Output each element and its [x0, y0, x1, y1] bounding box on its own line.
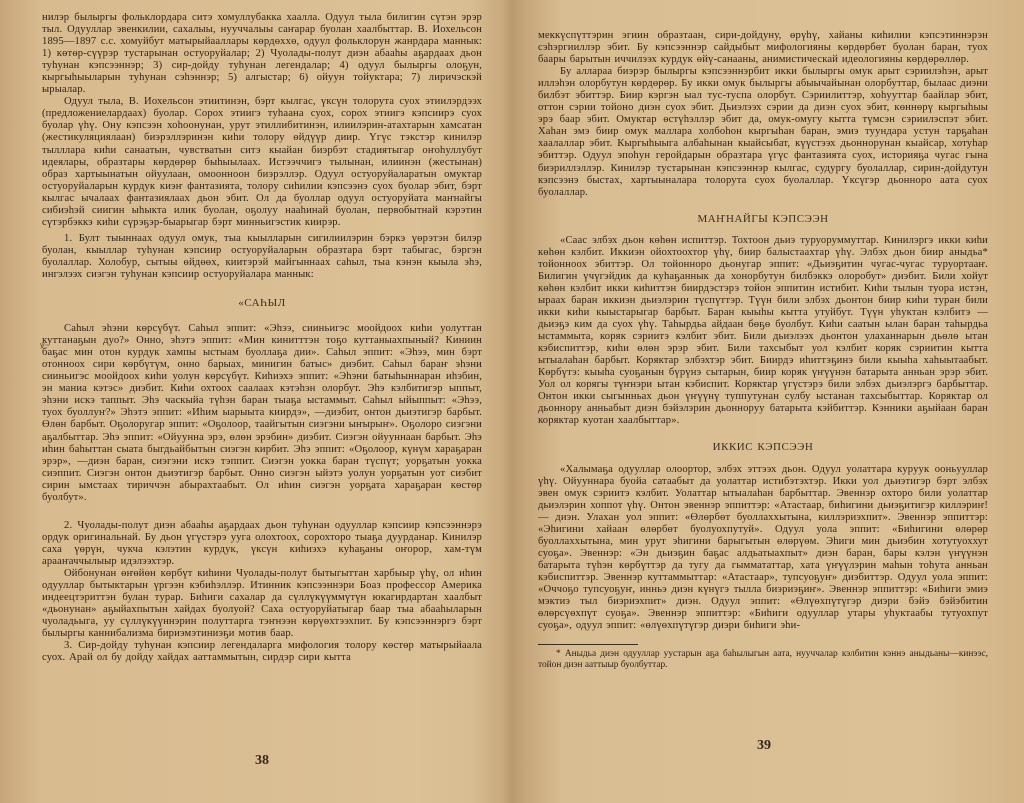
paragraph: 3. Сир-дойду туһунан кэпсиир легендаларг…: [42, 640, 482, 664]
left-page: нилэр былыргы фольклордара ситэ хомуллуб…: [0, 0, 512, 803]
stray-print-mark: ꝟ·: [40, 338, 48, 351]
paragraph: Одуул тыла, В. Иохельсон этиитинэн, бэрт…: [42, 96, 482, 229]
paragraph: 2. Чуолады-полут диэн абааһы аҕардаах дь…: [42, 520, 482, 568]
section-heading-second-tale: ИККИС КЭПСЭЭН: [538, 441, 988, 453]
footnote-divider: [538, 644, 638, 645]
paragraph: Бу аллараа биэрэр былыргы кэпсээннэрбит …: [538, 66, 988, 199]
footnote: * Аныдьа диэн одууллар уустарын аҕа баһы…: [538, 649, 988, 671]
paragraph: 1. Булт тыыннаах одуул омук, тыа кыыллар…: [42, 233, 482, 281]
paragraph: «Саас элбэх дьон көһөн испиттэр. Тохтоон…: [538, 235, 988, 428]
paragraph: меккүспүттэрин эгиин образтаан, сири-дой…: [538, 30, 988, 66]
paragraph: Саһыл эһэни көрсүбүт. Саһыл эппит: «Эһээ…: [42, 323, 482, 504]
left-page-body: нилэр былыргы фольклордара ситэ хомуллуб…: [42, 12, 482, 664]
section-heading-first-tale: МАҤНАЙГЫ КЭПСЭЭН: [538, 213, 988, 225]
section-heading-sahyl: «САҺЫЛ: [42, 297, 482, 309]
page-number-left: 38: [0, 753, 512, 769]
right-page-body: меккүспүттэрин эгиин образтаан, сири-дой…: [538, 30, 988, 632]
paragraph: нилэр былыргы фольклордара ситэ хомуллуб…: [42, 12, 482, 96]
paragraph: Ойбонунан өҥөйөн көрбүт киһини Чуолады-п…: [42, 568, 482, 640]
right-page: меккүспүттэрин эгиин образтаан, сири-дой…: [512, 0, 1024, 803]
paragraph: «Халымаҕа одууллар олоортор, элбэх эттээ…: [538, 464, 988, 633]
book-spread: нилэр былыргы фольклордара ситэ хомуллуб…: [0, 0, 1024, 803]
footnote-text: * Аныдьа диэн одууллар уустарын аҕа баһы…: [538, 649, 988, 671]
page-number-right: 39: [512, 738, 1024, 754]
